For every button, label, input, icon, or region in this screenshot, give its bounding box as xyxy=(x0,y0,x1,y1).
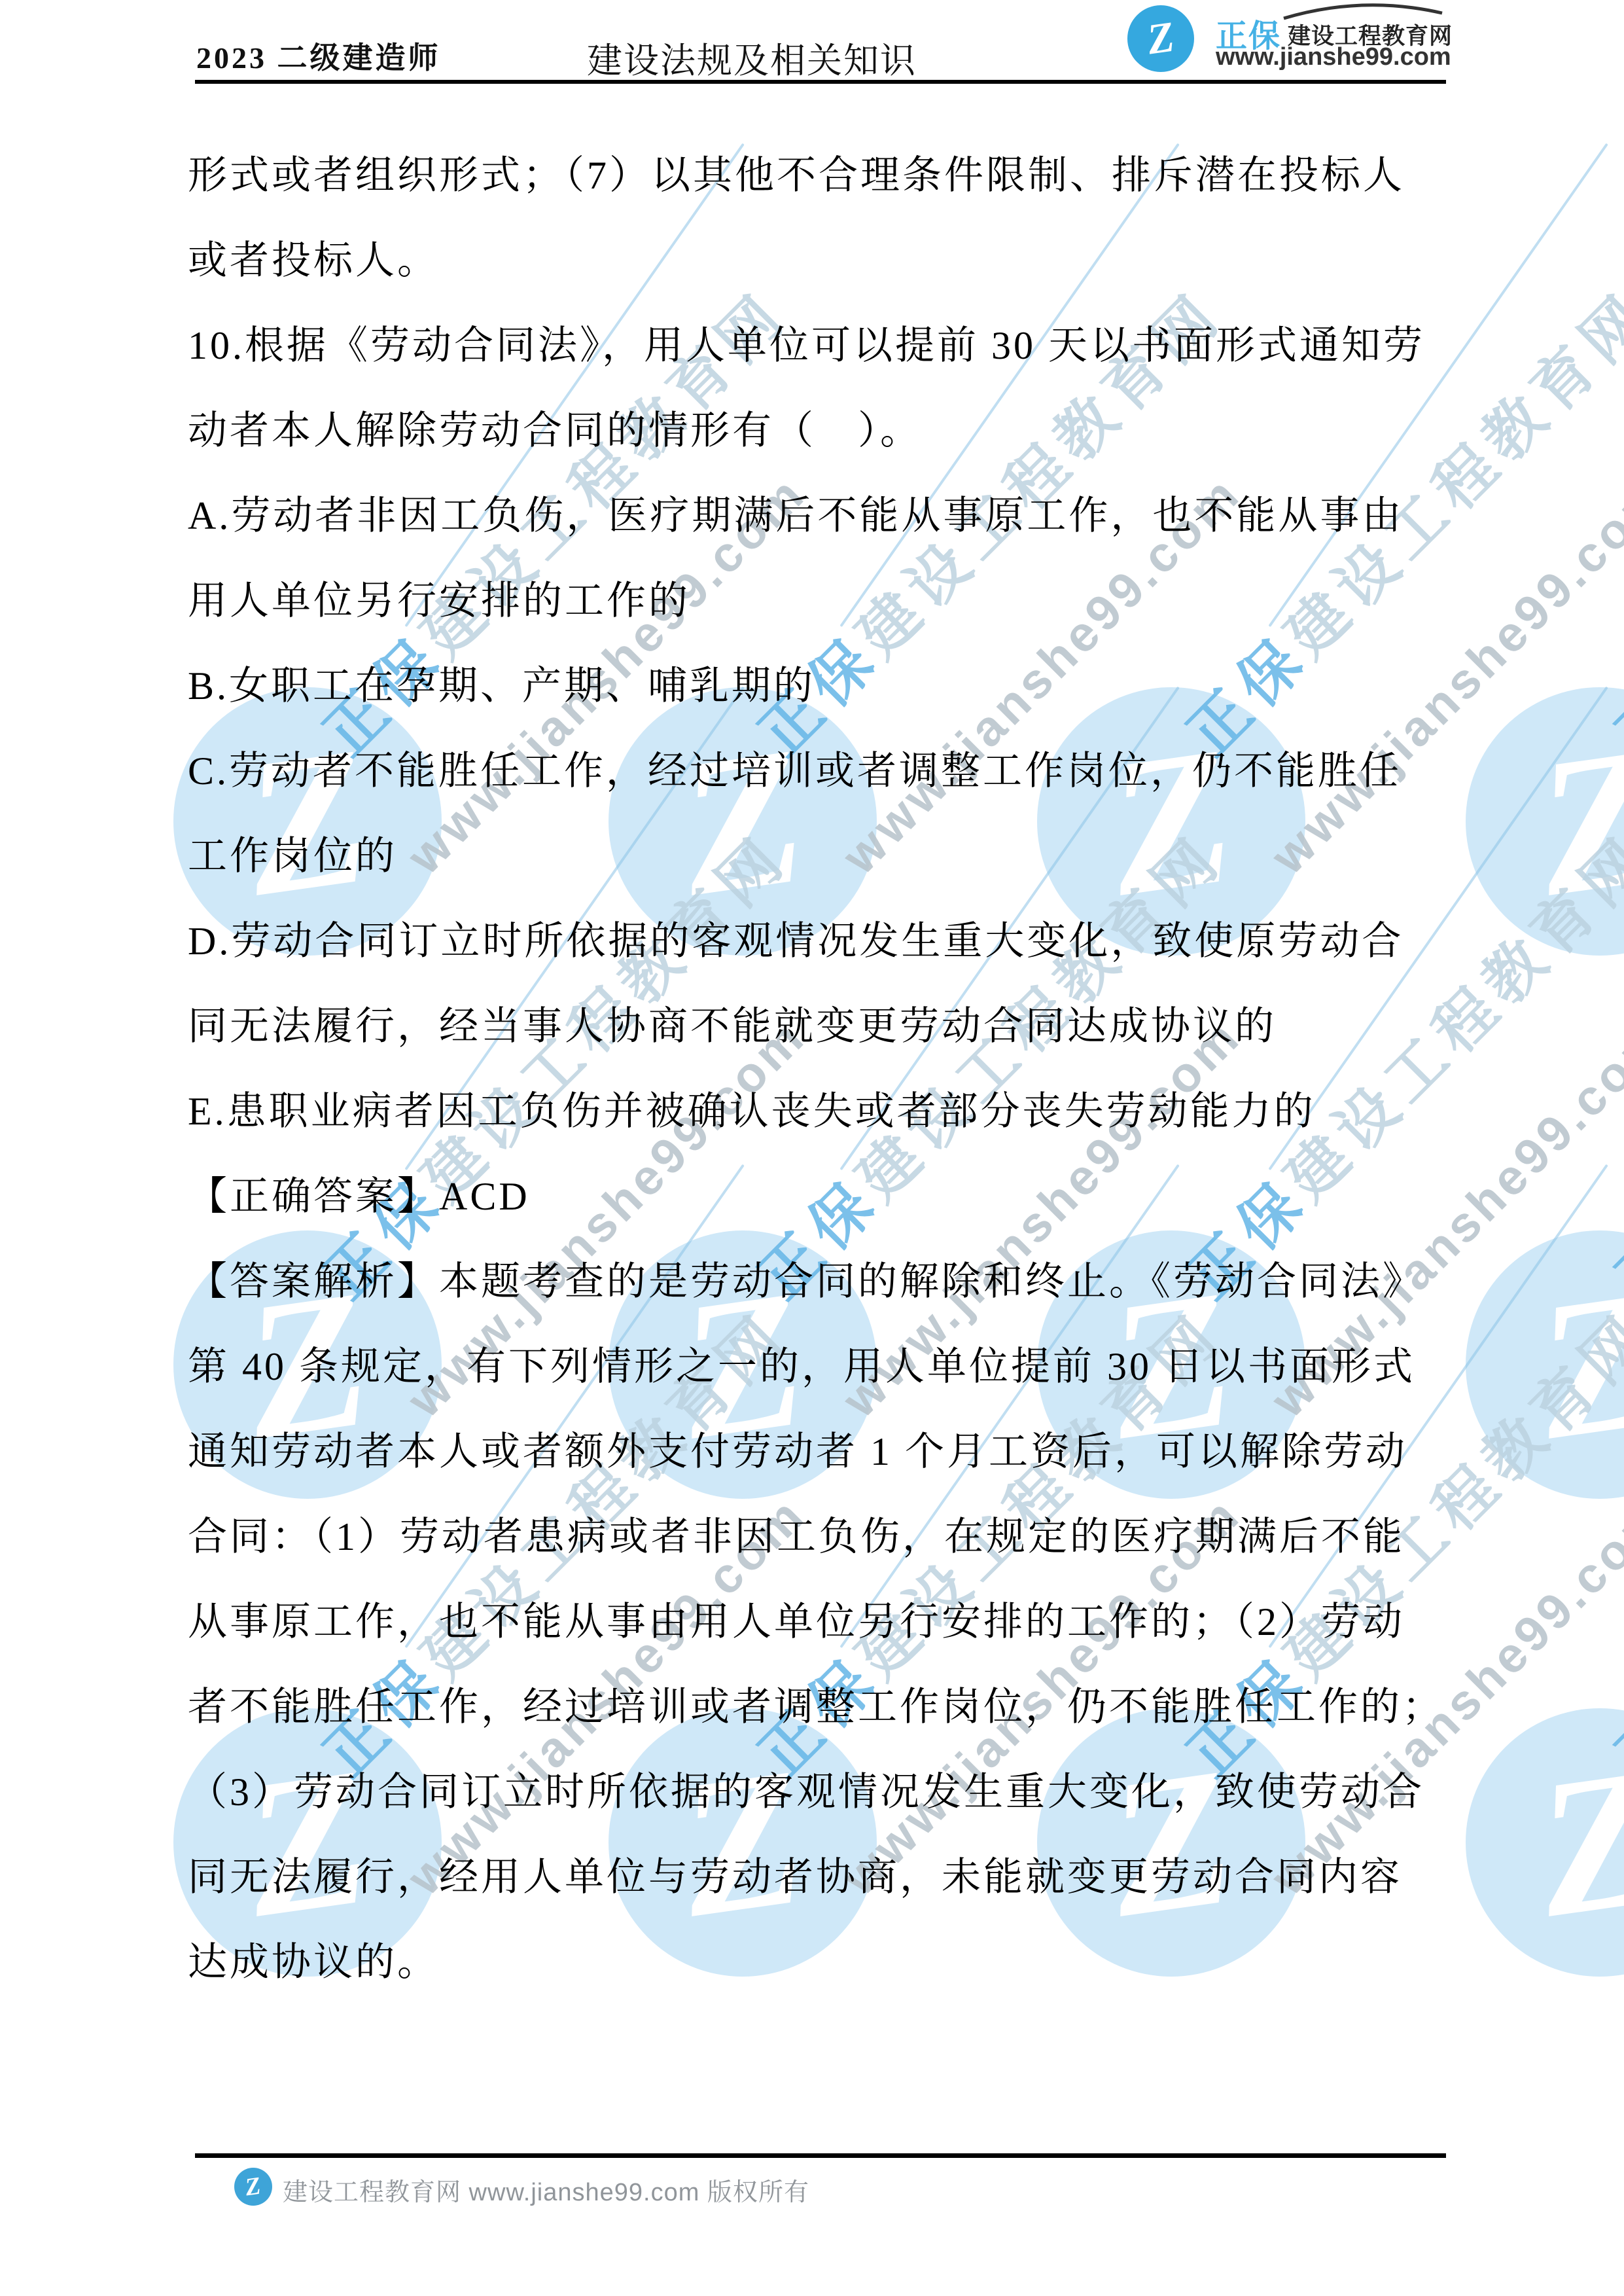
answer-analysis-line: 【答案解析】本题考查的是劳动合同的解除和终止。《劳动合同法》 xyxy=(188,1239,1451,1324)
header-rule xyxy=(195,80,1446,84)
footer-rule xyxy=(195,2153,1446,2158)
document-page: Z正保建设工程教育网www.jianshe99.comZ正保建设工程教育网www… xyxy=(0,0,1624,2296)
option-c-line: C.劳动者不能胜任工作，经过培训或者调整工作岗位，仍不能胜任 xyxy=(188,728,1451,814)
option-d-line: D.劳动合同订立时所依据的客观情况发生重大变化，致使原劳动合 xyxy=(188,899,1451,984)
answer-analysis-line: （3）劳动合同订立时所依据的客观情况发生重大变化，致使劳动合 xyxy=(188,1749,1451,1835)
document-body: 形式或者组织形式；（7）以其他不合理条件限制、排斥潜在投标人 或者投标人。 10… xyxy=(188,133,1451,2005)
watermark-logo-circle-icon: Z xyxy=(1466,1708,1624,1977)
option-a-line: A.劳动者非因工负伤，医疗期满后不能从事原工作，也不能从事由 xyxy=(188,473,1451,558)
answer-analysis-line: 同无法履行，经用人单位与劳动者协商，未能就变更劳动合同内容 xyxy=(188,1835,1451,1920)
option-c-line: 工作岗位的 xyxy=(188,814,1451,899)
answer-analysis-line: 合同：（1）劳动者患病或者非因工负伤，在规定的医疗期满后不能 xyxy=(188,1494,1451,1579)
option-e-line: E.患职业病者因工负伤并被确认丧失或者部分丧失劳动能力的 xyxy=(188,1069,1451,1154)
z-swoosh-icon: Z xyxy=(1144,16,1176,62)
question-line: 动者本人解除劳动合同的情形有（ ）。 xyxy=(188,388,1451,473)
answer-analysis-line: 第 40 条规定，有下列情形之一的，用人单位提前 30 日以书面形式 xyxy=(188,1324,1451,1409)
question-line: 10.根据《劳动合同法》，用人单位可以提前 30 天以书面形式通知劳 xyxy=(188,303,1451,388)
option-b-line: B.女职工在孕期、产期、哺乳期的 xyxy=(188,643,1451,728)
footer-copyright-text: 建设工程教育网 www.jianshe99.com 版权所有 xyxy=(283,2172,809,2208)
correct-answer-line: 【正确答案】ACD xyxy=(188,1154,1451,1239)
header-subject-title: 建设法规及相关知识 xyxy=(587,33,917,83)
option-d-line: 同无法履行，经当事人协商不能就变更劳动合同达成协议的 xyxy=(188,984,1451,1069)
header-course-title: 2023 二级建造师 xyxy=(196,34,441,77)
answer-analysis-line: 通知劳动者本人或者额外支付劳动者 1 个月工资后，可以解除劳动 xyxy=(188,1409,1451,1494)
z-swoosh-icon: Z xyxy=(244,2174,262,2200)
footer-logo-circle-icon: Z xyxy=(234,2168,272,2206)
paragraph-continuation-line: 形式或者组织形式；（7）以其他不合理条件限制、排斥潜在投标人 xyxy=(188,133,1451,218)
option-a-line: 用人单位另行安排的工作的 xyxy=(188,558,1451,643)
answer-analysis-line: 者不能胜任工作，经过培训或者调整工作岗位，仍不能胜任工作的； xyxy=(188,1664,1451,1749)
logo-arc-icon xyxy=(1281,0,1445,21)
answer-analysis-line: 达成协议的。 xyxy=(188,1920,1451,2005)
z-swoosh-icon: Z xyxy=(1527,1737,1624,1948)
answer-analysis-line: 从事原工作，也不能从事由用人单位另行安排的工作的；（2）劳动 xyxy=(188,1579,1451,1664)
watermark-tile: Z正保建设工程教育网www.jianshe99.com xyxy=(1466,1708,1624,1977)
paragraph-continuation-line: 或者投标人。 xyxy=(188,218,1451,303)
header-logo-circle-icon: Z xyxy=(1127,5,1194,72)
header-logo-url: www.jianshe99.com xyxy=(1216,43,1451,71)
